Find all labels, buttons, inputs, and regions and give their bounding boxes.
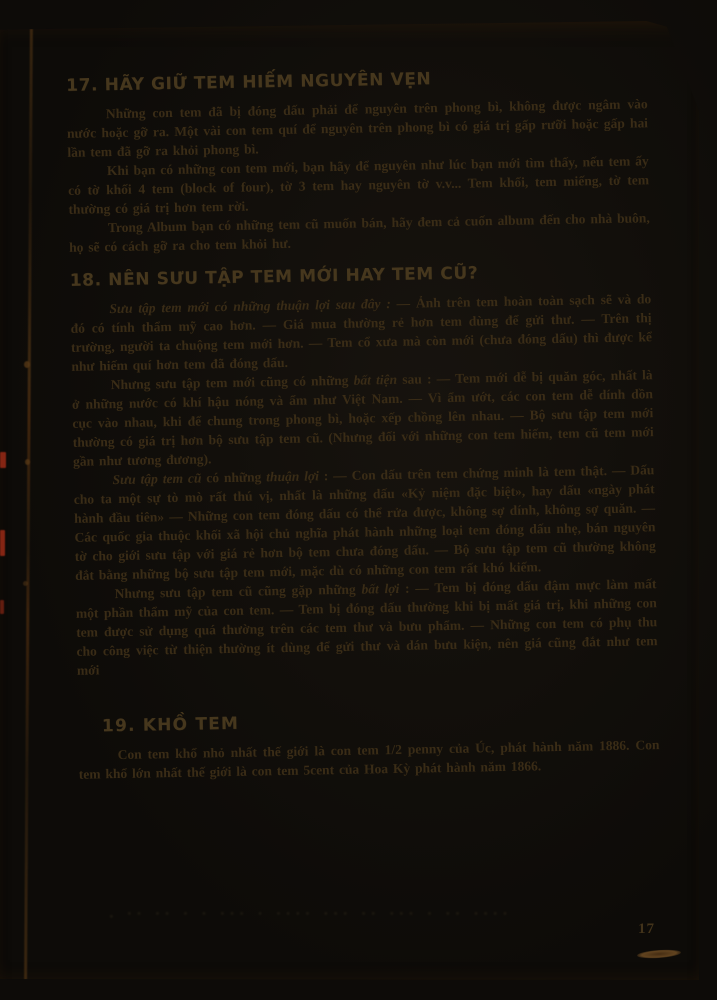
page-number: 17 [638,921,655,938]
text-run: có những [201,469,266,485]
text-run: Nhưng sưu tập tem cũ cũng gặp những [115,582,362,602]
red-edge-mark [0,452,6,468]
paragraph: Những con tem đã bị đóng dấu phải để ngu… [67,94,649,162]
page-stain [24,361,30,368]
text-run: Khi bạn có những con tem mới, bạn hãy để… [68,153,649,217]
section-heading: 18. NÊN SƯU TẬP TEM MỚI HAY TEM CŨ? [70,259,651,292]
text-run: Sưu tập tem mới có những thuận lợi sau đ… [109,296,396,316]
ink-smudge [637,948,681,959]
book-page: 17. HÃY GIỮ TEM HIẾM NGUYÊN VẸNNhững con… [0,21,699,980]
text-run: Những con tem đã bị đóng dấu phải để ngu… [67,96,648,160]
page-fold-crease [24,21,33,980]
text-run: thuận lợi [266,468,319,484]
paragraph: Sưu tập tem cũ có những thuận lợi : — Co… [73,460,656,585]
ghost-showthrough-text: . ·· ·· · · ··· · ···· ··· ·· ··· · ·· ·… [110,908,513,920]
page-stain [25,459,30,465]
paragraph: Sưu tập tem mới có những thuận lợi sau đ… [70,289,652,376]
paragraph: Con tem khổ nhỏ nhất thế giới là con tem… [78,735,660,784]
text-run: Nhưng sưu tập tem mới cũng có những [111,373,354,392]
text-run: Trong Album bạn có những tem cũ muốn bán… [69,210,650,255]
section-heading: 17. HÃY GIỮ TEM HIẾM NGUYÊN VẸN [66,64,647,97]
scanned-book-photo: { "page_number": "17", "ghost_marks": ".… [0,0,717,1000]
text-run: bất lợi [361,581,399,597]
paragraph: Nhưng sưu tập tem cũ cũng gặp những bất … [75,574,658,680]
page-content: 17. HÃY GIỮ TEM HIẾM NGUYÊN VẸNNhững con… [66,64,660,784]
red-edge-mark [0,530,5,556]
page-stain [23,581,28,586]
text-run: bất tiện [354,372,398,388]
paragraph: Khi bạn có những con tem mới, bạn hãy để… [68,151,650,219]
section-heading: 19. KHỒ TEM [102,705,659,737]
red-edge-mark [0,600,4,614]
text-run: Con tem khổ nhỏ nhất thế giới là con tem… [79,737,660,782]
paragraph: Nhưng sưu tập tem mới cũng có những bất … [72,365,655,471]
text-run: Sưu tập tem cũ [112,471,201,488]
